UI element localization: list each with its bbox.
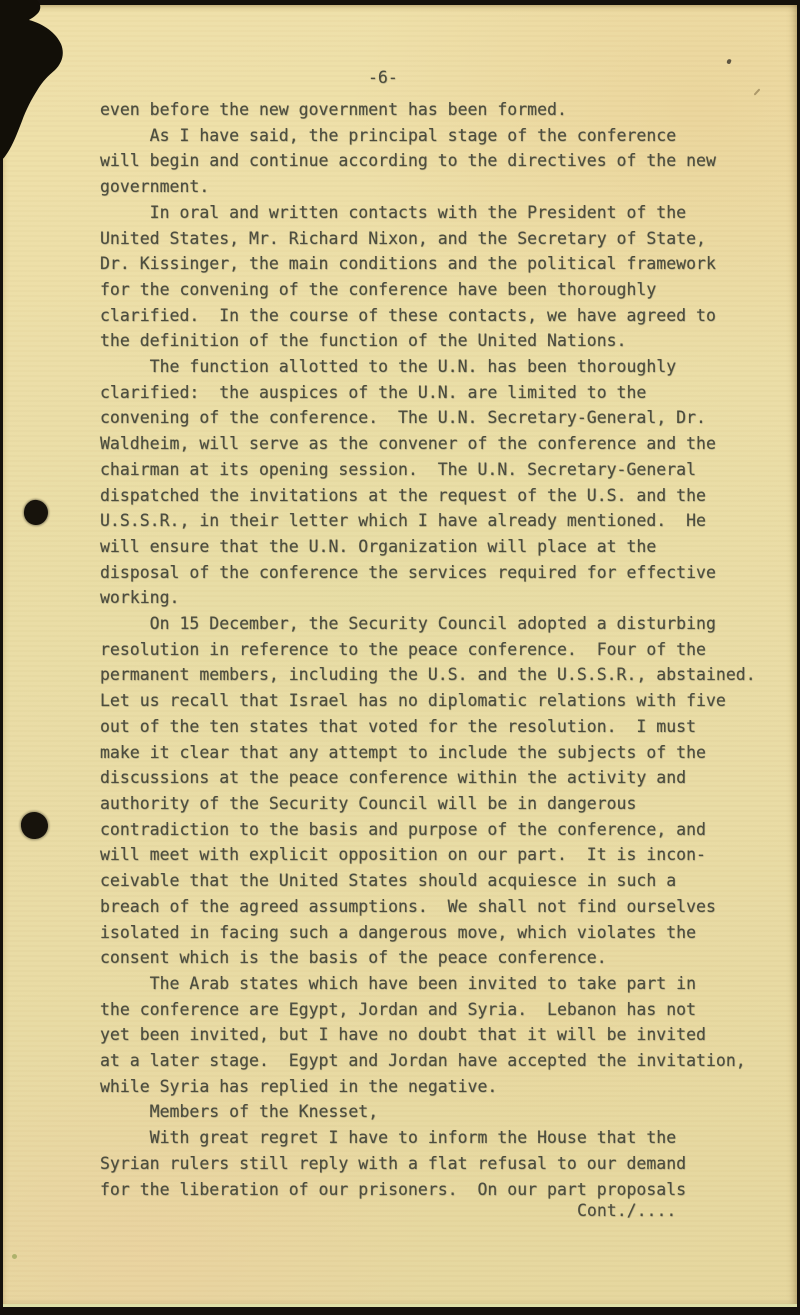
page-number: -6- [368,68,398,87]
typewritten-body-text: even before the new government has been … [100,97,756,1202]
scratch-mark [754,88,761,95]
paper-speck [12,1254,17,1259]
scanned-document-screenshot: { "page": { "number_label": "-6-", "cont… [0,0,800,1315]
paper-sheet: -6- even before the new government has b… [3,5,797,1307]
continuation-marker: Cont./.... [577,1201,676,1220]
ink-speck [726,58,731,64]
